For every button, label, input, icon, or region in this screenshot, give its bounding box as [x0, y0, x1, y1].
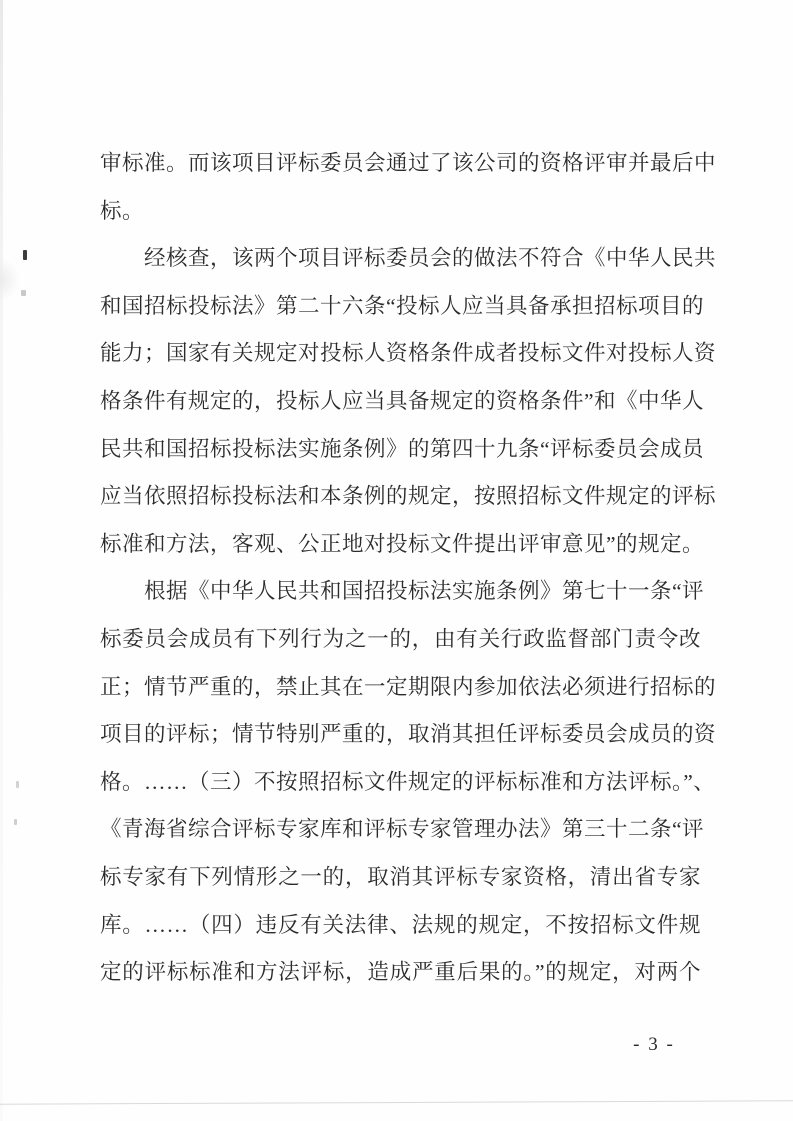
text-line: 经核查，该两个项目评标委员会的做法不符合《中华人民共: [100, 235, 701, 283]
scan-smudge: [0, 258, 20, 302]
text-line: 正；情节严重的，禁止其在一定期限内参加依法必须进行招标的: [100, 664, 701, 712]
text-line: 应当依照招标投标法和本条例的规定，按照招标文件规定的评标: [100, 473, 701, 521]
text-line: 《青海省综合评标专家库和评标专家管理办法》第三十二条“评: [100, 806, 701, 854]
scan-speck: [23, 250, 27, 260]
scan-edge-left: [0, 0, 3, 1121]
text-line: 和国招标投标法》第二十六条“投标人应当具备承担招标项目的: [100, 283, 701, 331]
scanned-document-page: 审标准。而该项目评标委员会通过了该公司的资格评审并最后中标。经核查，该两个项目评…: [0, 0, 793, 1121]
text-line: 格条件有规定的，投标人应当具备规定的资格条件”和《中华人: [100, 378, 701, 426]
page-number: - 3 -: [598, 1031, 710, 1059]
scan-speck: [14, 819, 17, 825]
text-line: 格。……（三）不按照招标文件规定的评标标准和方法评标。”、: [100, 759, 701, 807]
text-line: 标。: [100, 188, 701, 236]
text-line: 标专家有下列情形之一的，取消其评标专家资格，清出省专家: [100, 854, 701, 902]
text-line: 审标准。而该项目评标委员会通过了该公司的资格评审并最后中: [100, 140, 701, 188]
text-line: 标准和方法，客观、公正地对投标文件提出评审意见”的规定。: [100, 521, 701, 569]
scan-speck: [16, 781, 19, 788]
text-line: 定的评标标准和方法评标，造成严重后果的。”的规定，对两个: [100, 949, 701, 997]
scan-edge-bottom: [0, 1100, 793, 1105]
text-line: 库。……（四）违反有关法律、法规的规定，不按招标文件规: [100, 902, 701, 950]
scan-speck: [21, 290, 26, 296]
text-line: 根据《中华人民共和国招投标法实施条例》第七十一条“评: [100, 568, 701, 616]
text-line: 民共和国招标投标法实施条例》的第四十九条“评标委员会成员: [100, 426, 701, 474]
text-line: 能力；国家有关规定对投标人资格条件成者投标文件对投标人资: [100, 330, 701, 378]
text-line: 标委员会成员有下列行为之一的，由有关行政监督部门责令改: [100, 616, 701, 664]
body-text: 审标准。而该项目评标委员会通过了该公司的资格评审并最后中标。经核查，该两个项目评…: [100, 140, 701, 997]
text-line: 项目的评标；情节特别严重的，取消其担任评标委员会成员的资: [100, 711, 701, 759]
